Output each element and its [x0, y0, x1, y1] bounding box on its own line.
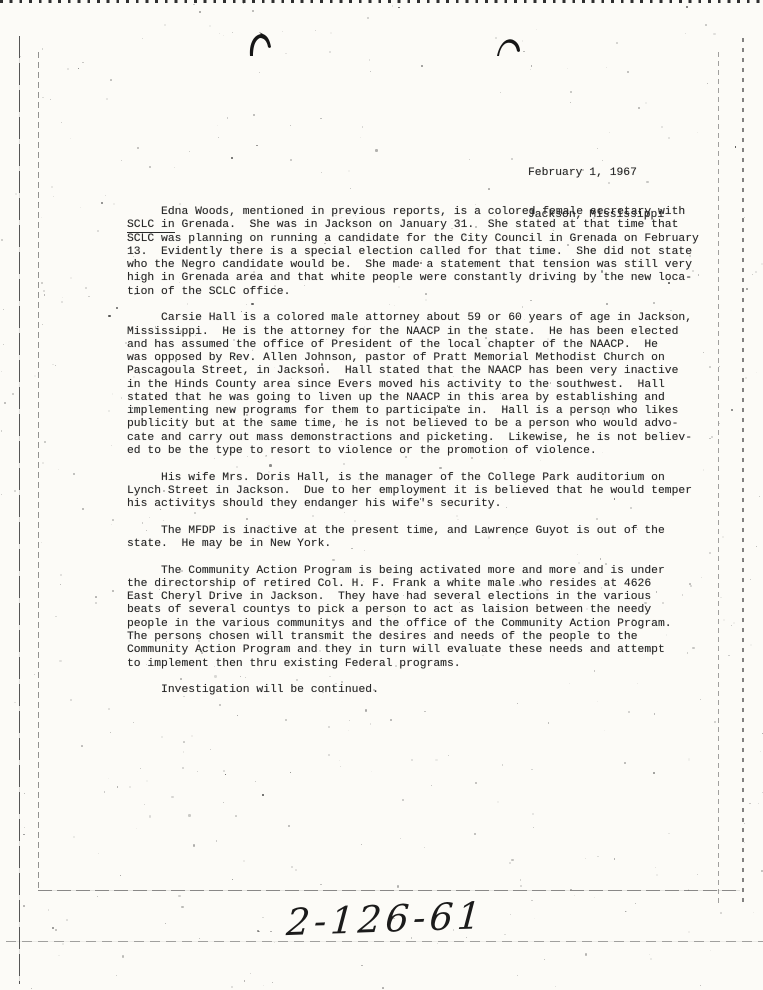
typed-line: beats of several countys to pick a perso…: [127, 604, 699, 617]
typed-line: Carsie Hall is a colored male attorney a…: [127, 312, 699, 325]
typed-line: tion of the SCLC office.: [127, 286, 699, 299]
underlined-text: SCLC in: [127, 219, 175, 233]
typed-line: who the Negro candidate would be. She ma…: [127, 259, 699, 272]
perforation-dots: [0, 0, 763, 3]
typed-line: stated that he was going to liven up the…: [127, 392, 699, 405]
typed-line: Pascagoula Street, in Jackson. Hall stat…: [127, 365, 699, 378]
handwritten-file-number: 2-126-61: [285, 894, 486, 944]
paragraph-mfdp: The MFDP is inactive at the present time…: [127, 525, 699, 552]
typed-line: East Cheryl Drive in Jackson. They have …: [127, 591, 699, 604]
document-body: Edna Woods, mentioned in previous report…: [127, 206, 699, 711]
typed-line: His wife Mrs. Doris Hall, is the manager…: [127, 472, 699, 485]
typed-line: implementing new programs for them to pa…: [127, 405, 699, 418]
typed-line: and has assumed the office of President …: [127, 339, 699, 352]
typed-line: publicity but at the same time, he is no…: [127, 418, 699, 431]
typed-line: Investigation will be continued.: [127, 684, 699, 697]
page-border-right-outer: [742, 38, 744, 906]
typed-line: state. He may be in New York.: [127, 538, 699, 551]
scan-edge-line-left-outer: [19, 36, 21, 984]
page-border-left: [38, 52, 39, 892]
typed-line: SCLC was planning on running a candidate…: [127, 233, 699, 246]
typed-text: Grenada. She was in Jackson on January 3…: [175, 219, 679, 231]
paragraph-closing: Investigation will be continued.: [127, 684, 699, 697]
page-border-right-inner: [718, 52, 719, 904]
typed-line: his activitys should they endanger his w…: [127, 498, 699, 511]
scan-fold-line: [6, 941, 763, 942]
typed-line: The Community Action Program is being ac…: [127, 565, 699, 578]
page-border-bottom: [38, 890, 740, 891]
date-line: February 1, 1967: [528, 166, 664, 180]
paragraph-doris-hall: His wife Mrs. Doris Hall, is the manager…: [127, 472, 699, 512]
typed-line: The MFDP is inactive at the present time…: [127, 525, 699, 538]
typed-line: Lynch Street in Jackson. Due to her empl…: [127, 485, 699, 498]
typed-line: people in the various communitys and the…: [127, 618, 699, 631]
typed-line: was opposed by Rev. Allen Johnson, pasto…: [127, 352, 699, 365]
typed-line: cate and carry out mass demonstractions …: [127, 432, 699, 445]
scanned-document-page: February 1, 1967 Jackson, Mississippi Ed…: [0, 0, 763, 990]
typed-line: the directorship of retired Col. H. F. F…: [127, 578, 699, 591]
typed-line: high in Grenada area and that white peop…: [127, 272, 699, 285]
paragraph-edna-woods: Edna Woods, mentioned in previous report…: [127, 206, 699, 299]
staple-mark-right-icon: [495, 34, 522, 58]
typed-line: Mississippi. He is the attorney for the …: [127, 326, 699, 339]
typed-line: Edna Woods, mentioned in previous report…: [127, 206, 699, 219]
typed-line: ed to be the type to resort to violence …: [127, 445, 699, 458]
staple-mark-left-icon: [247, 31, 274, 58]
paragraph-carsie-hall: Carsie Hall is a colored male attorney a…: [127, 312, 699, 458]
typed-line: 13. Evidently there is a special electio…: [127, 246, 699, 259]
typed-line: The persons chosen will transmit the des…: [127, 631, 699, 644]
typed-line: Community Action Program and they in tur…: [127, 644, 699, 657]
typed-line: in the Hinds County area since Evers mov…: [127, 379, 699, 392]
typed-line: SCLC in Grenada. She was in Jackson on J…: [127, 219, 699, 232]
typed-line: to implement then thru existing Federal …: [127, 658, 699, 671]
paragraph-community-action: The Community Action Program is being ac…: [127, 565, 699, 671]
